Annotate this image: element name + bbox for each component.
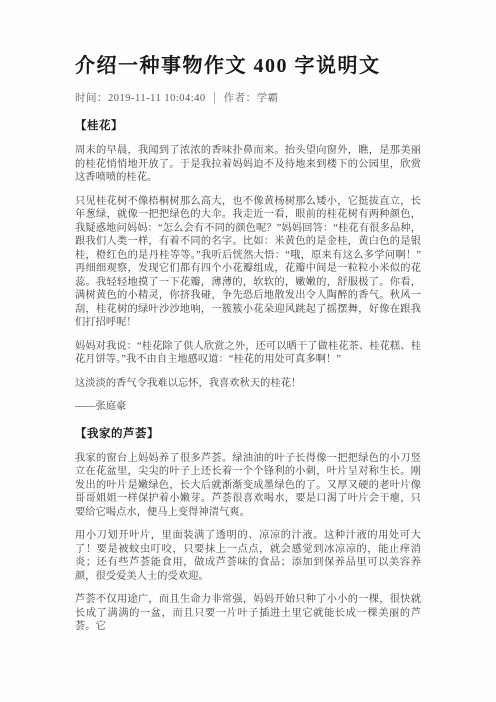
paragraph: 用小刀划开叶片，里面装满了透明的、凉凉的汁液。这种汁液的用处可大了！要是被蚊虫叮… <box>75 529 421 583</box>
section-heading-guihua: 【桂花】 <box>75 118 421 134</box>
article-meta: 时间：2019-11-11 10:04:40│作者：学霸 <box>75 92 421 106</box>
paragraph: 芦荟不仅用途广，而且生命力非常强，妈妈开始只种了小小的一棵，很快就长成了满满的一… <box>75 593 421 634</box>
meta-author-value: 学霸 <box>257 93 279 104</box>
paragraph: 妈妈对我说：“桂花除了供人欣赏之外，还可以晒干了做桂花茶、桂花糕、桂花月饼等。”… <box>75 340 421 367</box>
meta-separator: │ <box>206 93 224 104</box>
article-content: 介绍一种事物作文 400 字说明文 时间：2019-11-11 10:04:40… <box>0 0 496 634</box>
meta-time-value: 2019-11-11 10:04:40 <box>108 93 206 104</box>
paragraph: 这淡淡的香气令我难以忘怀，我喜欢秋天的桂花！ <box>75 377 421 391</box>
article-title: 介绍一种事物作文 400 字说明文 <box>75 52 421 80</box>
meta-time-label: 时间： <box>75 93 108 104</box>
paragraph: 周末的早晨，我闻到了浓浓的香味扑鼻而来。抬头望向窗外，瞧，是那美丽的桂花悄悄地开… <box>75 144 421 185</box>
paragraph: 只见桂花树不像梧桐树那么高大，也不像黄杨树那么矮小，它挺拔直立，长年葱绿，就像一… <box>75 195 421 330</box>
document-page: 介绍一种事物作文 400 字说明文 时间：2019-11-11 10:04:40… <box>0 0 496 702</box>
paragraph: 我家的窗台上妈妈养了很多芦荟。绿油油的叶子长得像一把把绿色的小刀竖立在花盆里，尖… <box>75 452 421 520</box>
meta-author-label: 作者： <box>224 93 257 104</box>
author-signature: ——张庭豪 <box>75 400 421 414</box>
section-heading-luhui: 【我家的芦荟】 <box>75 426 421 442</box>
